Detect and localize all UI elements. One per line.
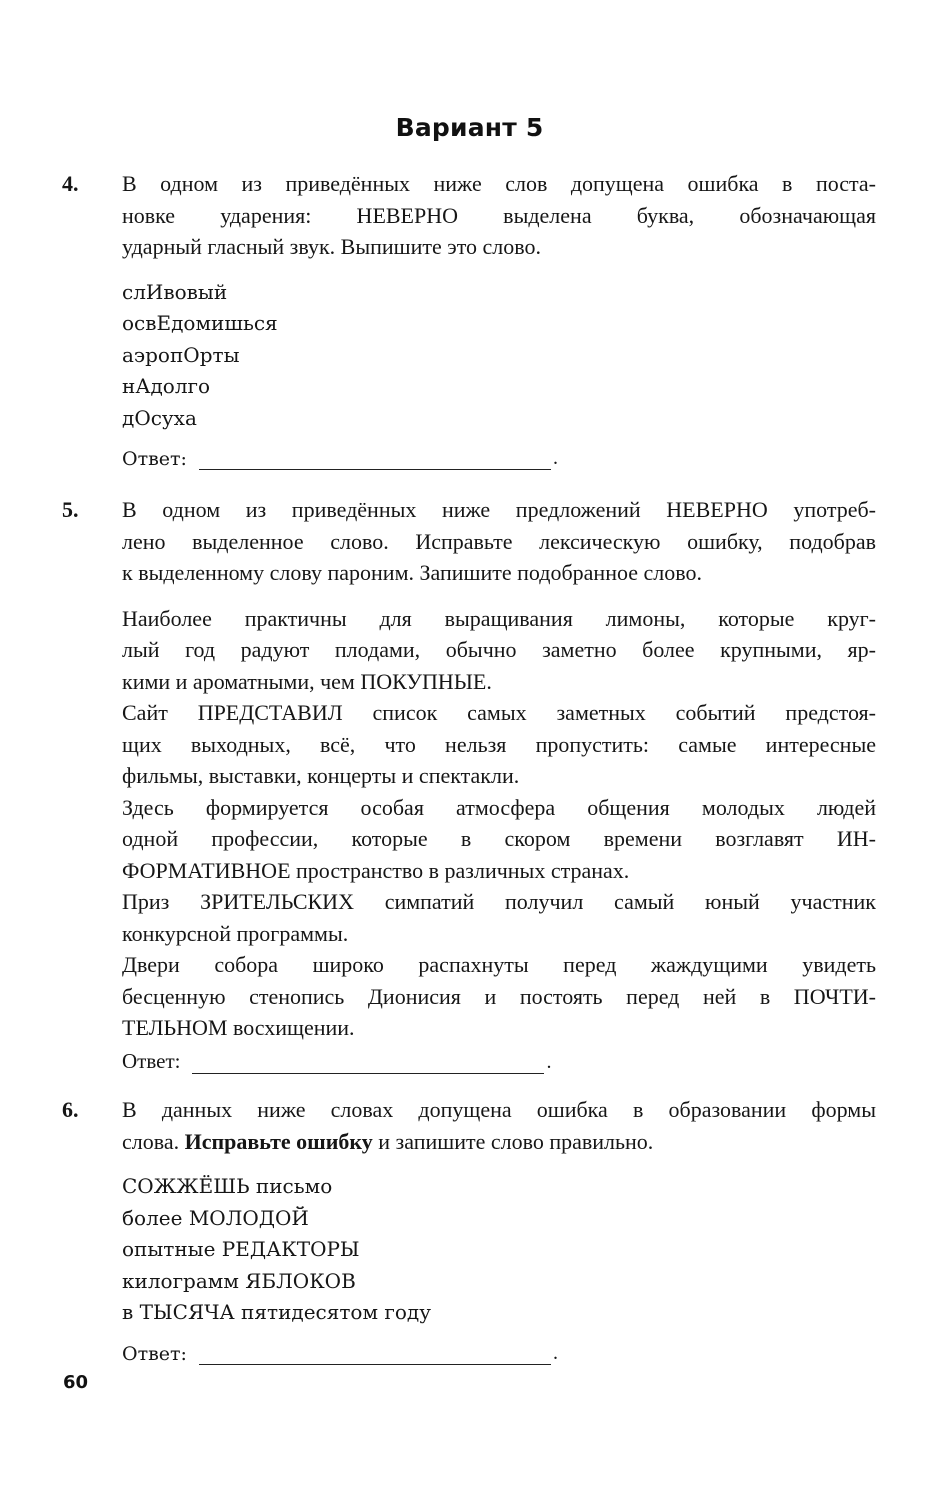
prompt-line: лено выделенное слово. Исправьте лексиче… [122, 526, 876, 558]
word-option: опытные РЕДАКТОРЫ [122, 1234, 876, 1266]
sentence-line: Сайт ПРЕДСТАВИЛ список самых заметных со… [122, 697, 876, 729]
word-option: освЕдомишься [122, 308, 876, 340]
task-6: 6. В данных ниже словах допущена ошибка … [62, 1094, 876, 1365]
prompt-line: В одном из приведённых ниже предложений … [122, 494, 876, 526]
prompt-line: к выделенному слову пароним. Запишите по… [122, 557, 876, 589]
sentence: Сайт ПРЕДСТАВИЛ список самых заметных со… [122, 697, 876, 792]
prompt-line: слова. Исправьте ошибку и запишите слово… [122, 1126, 876, 1158]
sentence: Двери собора широко распахнуты перед жаж… [122, 949, 876, 1044]
task-number: 5. [62, 494, 79, 525]
word-option: килограмм ЯБЛОКОВ [122, 1266, 876, 1298]
sentence-line: одной профессии, которые в скором времен… [122, 823, 876, 855]
word-list: СОЖЖЁШЬ письмо более МОЛОДОЙ опытные РЕД… [122, 1171, 876, 1329]
sentence: Здесь формируется особая атмосфера общен… [122, 792, 876, 887]
answer-period: . [546, 1051, 551, 1074]
sentence-line: лый год радуют плодами, обычно заметно б… [122, 634, 876, 666]
word-list: слИвовый освЕдомишься аэропОрты нАдолго … [122, 277, 876, 435]
word-option: в ТЫСЯЧА пятидесятом году [122, 1297, 876, 1329]
sentence-line: Приз ЗРИТЕЛЬСКИХ симпатий получил самый … [122, 886, 876, 918]
word-option: СОЖЖЁШЬ письмо [122, 1171, 876, 1203]
word-option: более МОЛОДОЙ [122, 1203, 876, 1235]
word-option: дОсуха [122, 403, 876, 435]
sentence-line: кими и ароматными, чем ПОКУПНЫЕ. [122, 666, 876, 698]
word-option: нАдолго [122, 371, 876, 403]
sentence-line: бесценную стенопись Дионисия и постоять … [122, 981, 876, 1013]
answer-field[interactable] [199, 447, 551, 470]
prompt-text: и запишите слово правильно. [373, 1129, 654, 1154]
sentence-line: фильмы, выставки, концерты и спектакли. [122, 760, 876, 792]
sentence-line: конкурсной программы. [122, 918, 876, 950]
prompt-line: В данных ниже словах допущена ошибка в о… [122, 1094, 876, 1126]
answer-label: Ответ: [122, 1049, 180, 1074]
answer-row: Ответ: . [122, 1335, 876, 1365]
sentence-line: Здесь формируется особая атмосфера общен… [122, 792, 876, 824]
task-4: 4. В одном из приведённых ниже слов допу… [62, 168, 876, 470]
sentence-line: щих выходных, всё, что нельзя пропустить… [122, 729, 876, 761]
sentence: Приз ЗРИТЕЛЬСКИХ симпатий получил самый … [122, 886, 876, 949]
sentence-line: Двери собора широко распахнуты перед жаж… [122, 949, 876, 981]
answer-row: Ответ: . [122, 1044, 876, 1074]
prompt-line: ударный гласный звук. Выпишите это слово… [122, 231, 876, 263]
word-option: слИвовый [122, 277, 876, 309]
answer-field[interactable] [199, 1342, 551, 1365]
answer-label: Ответ: [122, 448, 187, 470]
answer-label: Ответ: [122, 1343, 187, 1365]
task-prompt: В данных ниже словах допущена ошибка в о… [122, 1094, 876, 1157]
sentence-list: Наиболее практичны для выращивания лимон… [122, 603, 876, 1044]
task-number: 4. [62, 168, 79, 199]
task-prompt: В одном из приведённых ниже предложений … [122, 494, 876, 589]
task-5: 5. В одном из приведённых ниже предложен… [62, 494, 876, 1074]
sentence: Наиболее практичны для выращивания лимон… [122, 603, 876, 698]
task-number: 6. [62, 1094, 79, 1125]
sentence-line: Наиболее практичны для выращивания лимон… [122, 603, 876, 635]
answer-period: . [553, 1342, 558, 1365]
prompt-emphasis: Исправьте ошибку [185, 1129, 373, 1154]
page-title: Вариант 5 [0, 113, 939, 142]
task-prompt: В одном из приведённых ниже слов допущен… [122, 168, 876, 263]
answer-row: Ответ: . [122, 440, 876, 470]
sentence-line: ФОРМАТИВНОЕ пространство в различных стр… [122, 855, 876, 887]
prompt-line: В одном из приведённых ниже слов допущен… [122, 168, 876, 200]
prompt-text: слова. [122, 1129, 185, 1154]
sentence-line: ТЕЛЬНОМ восхищении. [122, 1012, 876, 1044]
prompt-line: новке ударения: НЕВЕРНО выделена буква, … [122, 200, 876, 232]
answer-period: . [553, 447, 558, 470]
word-option: аэропОрты [122, 340, 876, 372]
answer-field[interactable] [192, 1051, 544, 1074]
page-number: 60 [63, 1372, 88, 1393]
